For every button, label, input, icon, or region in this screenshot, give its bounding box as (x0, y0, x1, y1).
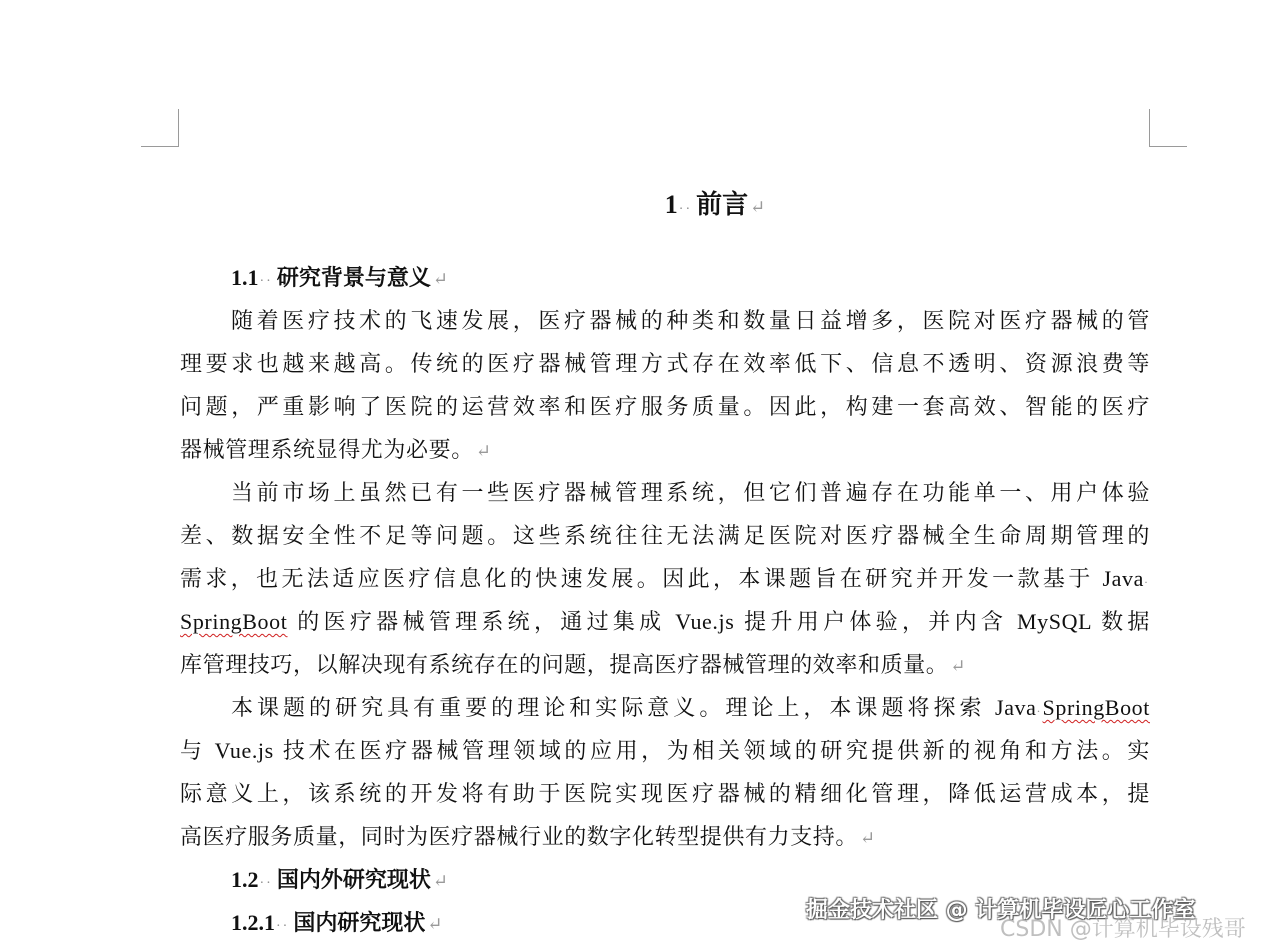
paragraph-line-text: 高医疗服务质量，同时为医疗器械行业的数字化转型提供有力支持。 (180, 824, 858, 849)
paragraph-mark-icon: ↵ (750, 197, 765, 217)
document-page[interactable]: 1··前言↵ 1.1··研究背景与意义↵ 随着医疗技术的飞速发展，医疗器械的种类… (180, 180, 1150, 944)
paragraph-mark-icon: ↵ (950, 656, 966, 676)
margin-corner-mark-top-right (1149, 109, 1187, 147)
paragraph-line: 本课题的研究具有重要的理论和实际意义。理论上，本课题将探索 Java·Sprin… (180, 686, 1150, 729)
body-paragraph-1: 随着医疗技术的飞速发展，医疗器械的种类和数量日益增多，医院对医疗器械的管 理要求… (180, 299, 1150, 471)
section-heading-1-1: 1.1··研究背景与意义↵ (180, 256, 1150, 299)
paragraph-line: 问题，严重影响了医院的运营效率和医疗服务质量。因此，构建一套高效、智能的医疗 (180, 385, 1150, 428)
paragraph-mark-icon: ↵ (476, 441, 492, 461)
chapter-number: 1 (665, 190, 678, 219)
paragraph-line: 器械管理系统显得尤为必要。↵ (180, 428, 1150, 471)
section-title: 国内外研究现状 (277, 867, 431, 892)
body-paragraph-3: 本课题的研究具有重要的理论和实际意义。理论上，本课题将探索 Java·Sprin… (180, 686, 1150, 858)
paragraph-mark-icon: ↵ (433, 269, 448, 289)
paragraph-line-text: 器械管理系统显得尤为必要。 (180, 437, 474, 462)
section-title: 国内研究现状 (293, 910, 425, 935)
spellcheck-flagged-word[interactable]: SpringBoot (180, 609, 287, 634)
paragraph-mark-icon: ↵ (433, 871, 448, 891)
space-marks: ·· (260, 274, 273, 289)
space-marks: ·· (679, 202, 692, 217)
chapter-heading: 1··前言↵ (280, 180, 1150, 230)
paragraph-line-text: 库管理技巧，以解决现有系统存在的问题，提高医疗器械管理的效率和质量。 (180, 652, 948, 677)
paragraph-line: 库管理技巧，以解决现有系统存在的问题，提高医疗器械管理的效率和质量。↵ (180, 643, 1150, 686)
body-paragraph-2: 当前市场上虽然已有一些医疗器械管理系统，但它们普遍存在功能单一、用户体验 差、数… (180, 471, 1150, 686)
section-number: 1.2 (231, 867, 259, 892)
spellcheck-flagged-word[interactable]: SpringBoot (1043, 695, 1150, 720)
section-number: 1.1 (231, 265, 259, 290)
paragraph-mark-icon: ↵ (860, 828, 876, 848)
margin-corner-mark-top-left (141, 109, 179, 147)
space-mark: · (1144, 575, 1150, 589)
space-marks: ·· (260, 876, 273, 891)
paragraph-line-text: 本课题的研究具有重要的理论和实际意义。理论上，本课题将探索 Java (231, 695, 1037, 720)
paragraph-line: 理要求也越来越高。传统的医疗器械管理方式存在效率低下、信息不透明、资源浪费等 (180, 342, 1150, 385)
paragraph-line: 与 Vue.js 技术在医疗器械管理领域的应用，为相关领域的研究提供新的视角和方… (180, 729, 1150, 772)
paragraph-line: 需求，也无法适应医疗信息化的快速发展。因此，本课题旨在研究并开发一款基于 Jav… (180, 557, 1150, 600)
paragraph-mark-icon: ↵ (427, 914, 442, 934)
paragraph-line: 差、数据安全性不足等问题。这些系统往往无法满足医院对医疗器械全生命周期管理的 (180, 514, 1150, 557)
paragraph-line: 际意义上，该系统的开发将有助于医院实现医疗器械的精细化管理，降低运营成本，提 (180, 772, 1150, 815)
paragraph-line-text: 需求，也无法适应医疗信息化的快速发展。因此，本课题旨在研究并开发一款基于 Jav… (180, 566, 1144, 591)
space-marks: ·· (276, 919, 289, 934)
paragraph-line: 高医疗服务质量，同时为医疗器械行业的数字化转型提供有力支持。↵ (180, 815, 1150, 858)
paragraph-line: 当前市场上虽然已有一些医疗器械管理系统，但它们普遍存在功能单一、用户体验 (180, 471, 1150, 514)
chapter-title: 前言 (696, 190, 748, 219)
watermark-csdn: CSDN @计算机毕设残哥 (1000, 912, 1246, 943)
paragraph-line-text: 的医疗器械管理系统，通过集成 Vue.js 提升用户体验，并内含 MySQL 数… (297, 609, 1150, 634)
paragraph-line: 随着医疗技术的飞速发展，医疗器械的种类和数量日益增多，医院对医疗器械的管 (180, 299, 1150, 342)
section-number: 1.2.1 (231, 910, 275, 935)
section-title: 研究背景与意义 (277, 265, 431, 290)
paragraph-line: SpringBoot 的医疗器械管理系统，通过集成 Vue.js 提升用户体验，… (180, 600, 1150, 643)
